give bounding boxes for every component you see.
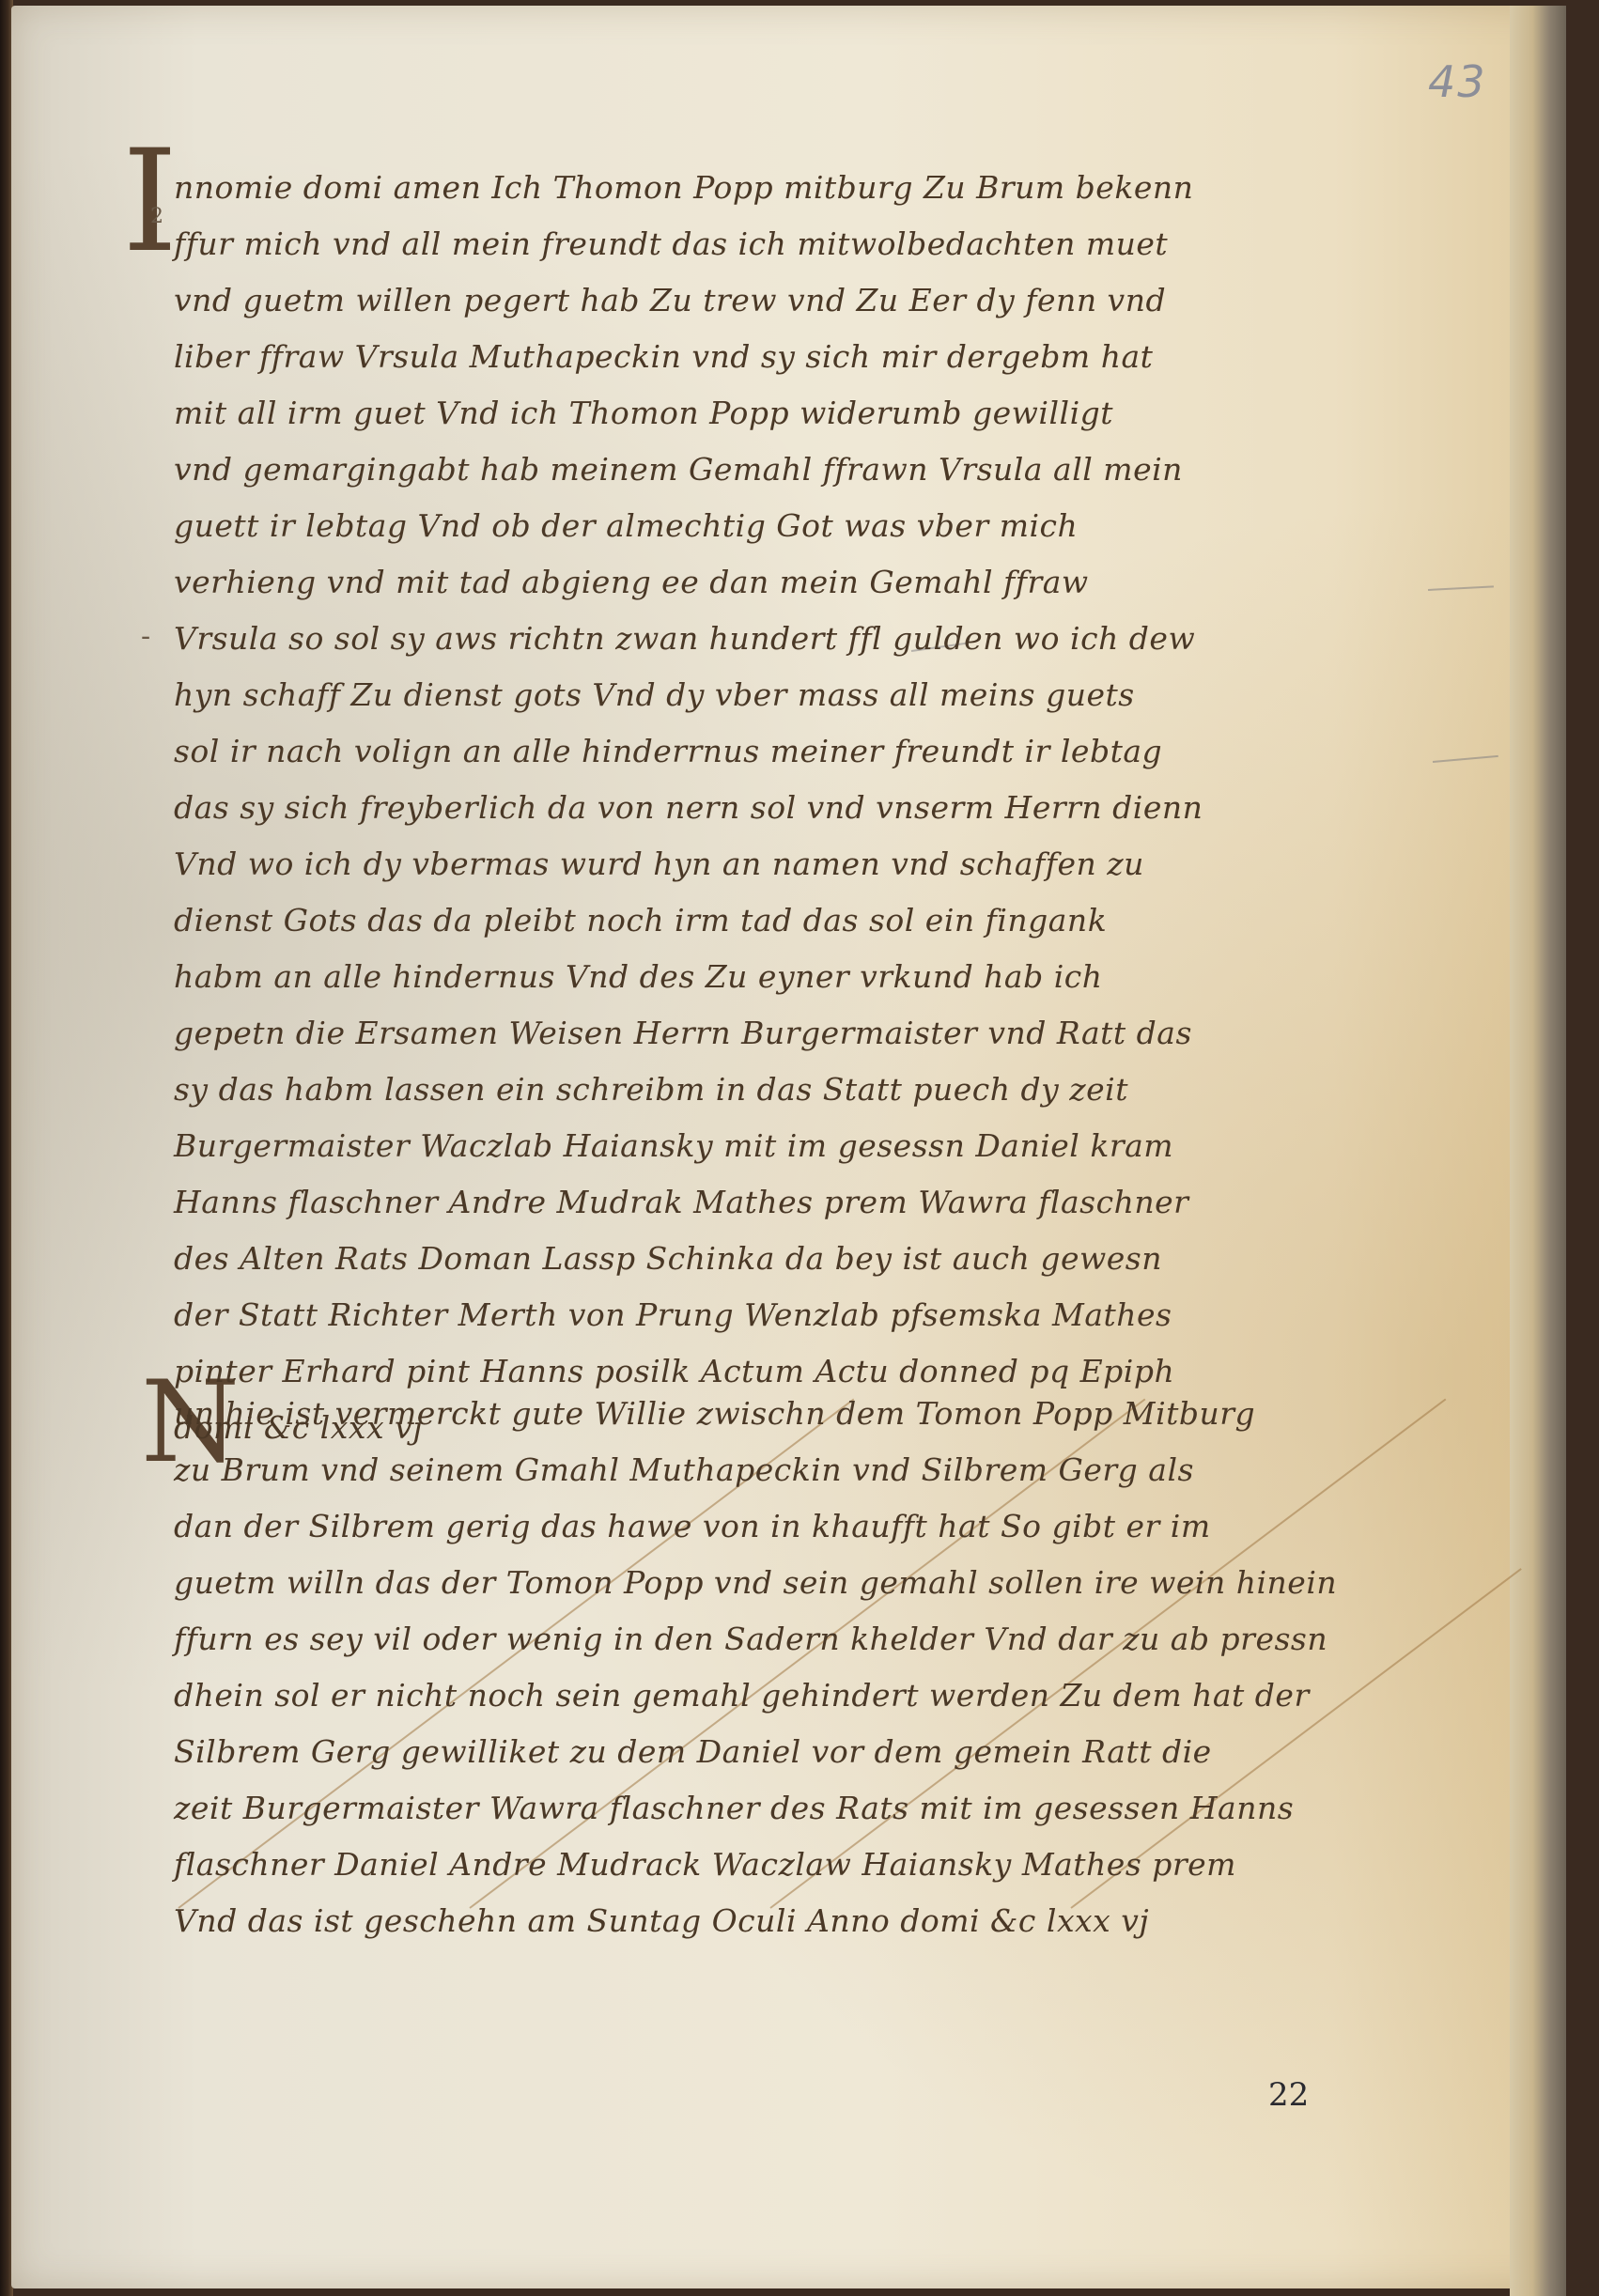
text-line: ffurn es sey vil oder wenig in den Sader… xyxy=(174,1611,1470,1668)
text-line: Vrsula so sol sy aws richtn zwan hundert… xyxy=(174,611,1470,667)
text-line: vnd gemargingabt hab meinem Gemahl ffraw… xyxy=(174,442,1470,498)
text-line: Hanns flaschner Andre Mudrak Mathes prem… xyxy=(174,1174,1470,1231)
text-line: verhieng vnd mit tad abgieng ee dan mein… xyxy=(174,554,1470,611)
margin-mark: 2 xyxy=(150,205,163,228)
text-line: nnomie domi amen Ich Thomon Popp mitburg… xyxy=(174,160,1470,216)
text-line: dhein sol er nicht noch sein gemahl gehi… xyxy=(174,1668,1470,1724)
text-line: guett ir lebtag Vnd ob der almechtig Got… xyxy=(174,498,1470,554)
decorated-initial-1: I xyxy=(122,132,178,272)
text-line: Burgermaister Waczlab Haiansky mit im ge… xyxy=(174,1118,1470,1174)
text-line: mit all irm guet Vnd ich Thomon Popp wid… xyxy=(174,385,1470,442)
text-line: dienst Gots das da pleibt noch irm tad d… xyxy=(174,892,1470,949)
text-line: hyn schaff Zu dienst gots Vnd dy vber ma… xyxy=(174,667,1470,723)
text-line: zeit Burgermaister Wawra flaschner des R… xyxy=(174,1780,1470,1837)
text-line: dan der Silbrem gerig das hawe von in kh… xyxy=(174,1498,1470,1555)
page-number: 22 xyxy=(1268,2076,1309,2114)
text-line: Vnd wo ich dy vbermas wurd hyn an namen … xyxy=(174,836,1470,892)
text-line: sol ir nach volign an alle hinderrnus me… xyxy=(174,723,1470,780)
manuscript-entry-1: nnomie domi amen Ich Thomon Popp mitburg… xyxy=(174,160,1470,1456)
text-line: das sy sich freyberlich da von nern sol … xyxy=(174,780,1470,836)
text-line: liber ffraw Vrsula Muthapeckin vnd sy si… xyxy=(174,329,1470,385)
text-line: der Statt Richter Merth von Prung Wenzla… xyxy=(174,1287,1470,1343)
text-line: zu Brum vnd seinem Gmahl Muthapeckin vnd… xyxy=(174,1442,1470,1498)
text-line: ffur mich vnd all mein freundt das ich m… xyxy=(174,216,1470,272)
text-line: Silbrem Gerg gewilliket zu dem Daniel vo… xyxy=(174,1724,1470,1780)
text-line: des Alten Rats Doman Lassp Schinka da be… xyxy=(174,1231,1470,1287)
text-line: sy das habm lassen ein schreibm in das S… xyxy=(174,1062,1470,1118)
text-line: un hie ist vermerckt gute Willie zwischn… xyxy=(174,1386,1470,1442)
text-line: vnd guetm willen pegert hab Zu trew vnd … xyxy=(174,272,1470,329)
manuscript-entry-2: un hie ist vermerckt gute Willie zwischn… xyxy=(174,1386,1470,1949)
text-line: guetm willn das der Tomon Popp vnd sein … xyxy=(174,1555,1470,1611)
folio-number: 43 xyxy=(1428,56,1487,107)
text-line: habm an alle hindernus Vnd des Zu eyner … xyxy=(174,949,1470,1005)
page-edge xyxy=(1510,6,1566,2296)
margin-mark: - xyxy=(141,620,150,653)
text-line: flaschner Daniel Andre Mudrack Waczlaw H… xyxy=(174,1837,1470,1893)
text-line: Vnd das ist geschehn am Suntag Oculi Ann… xyxy=(174,1893,1470,1949)
text-line: gepetn die Ersamen Weisen Herrn Burgerma… xyxy=(174,1005,1470,1062)
